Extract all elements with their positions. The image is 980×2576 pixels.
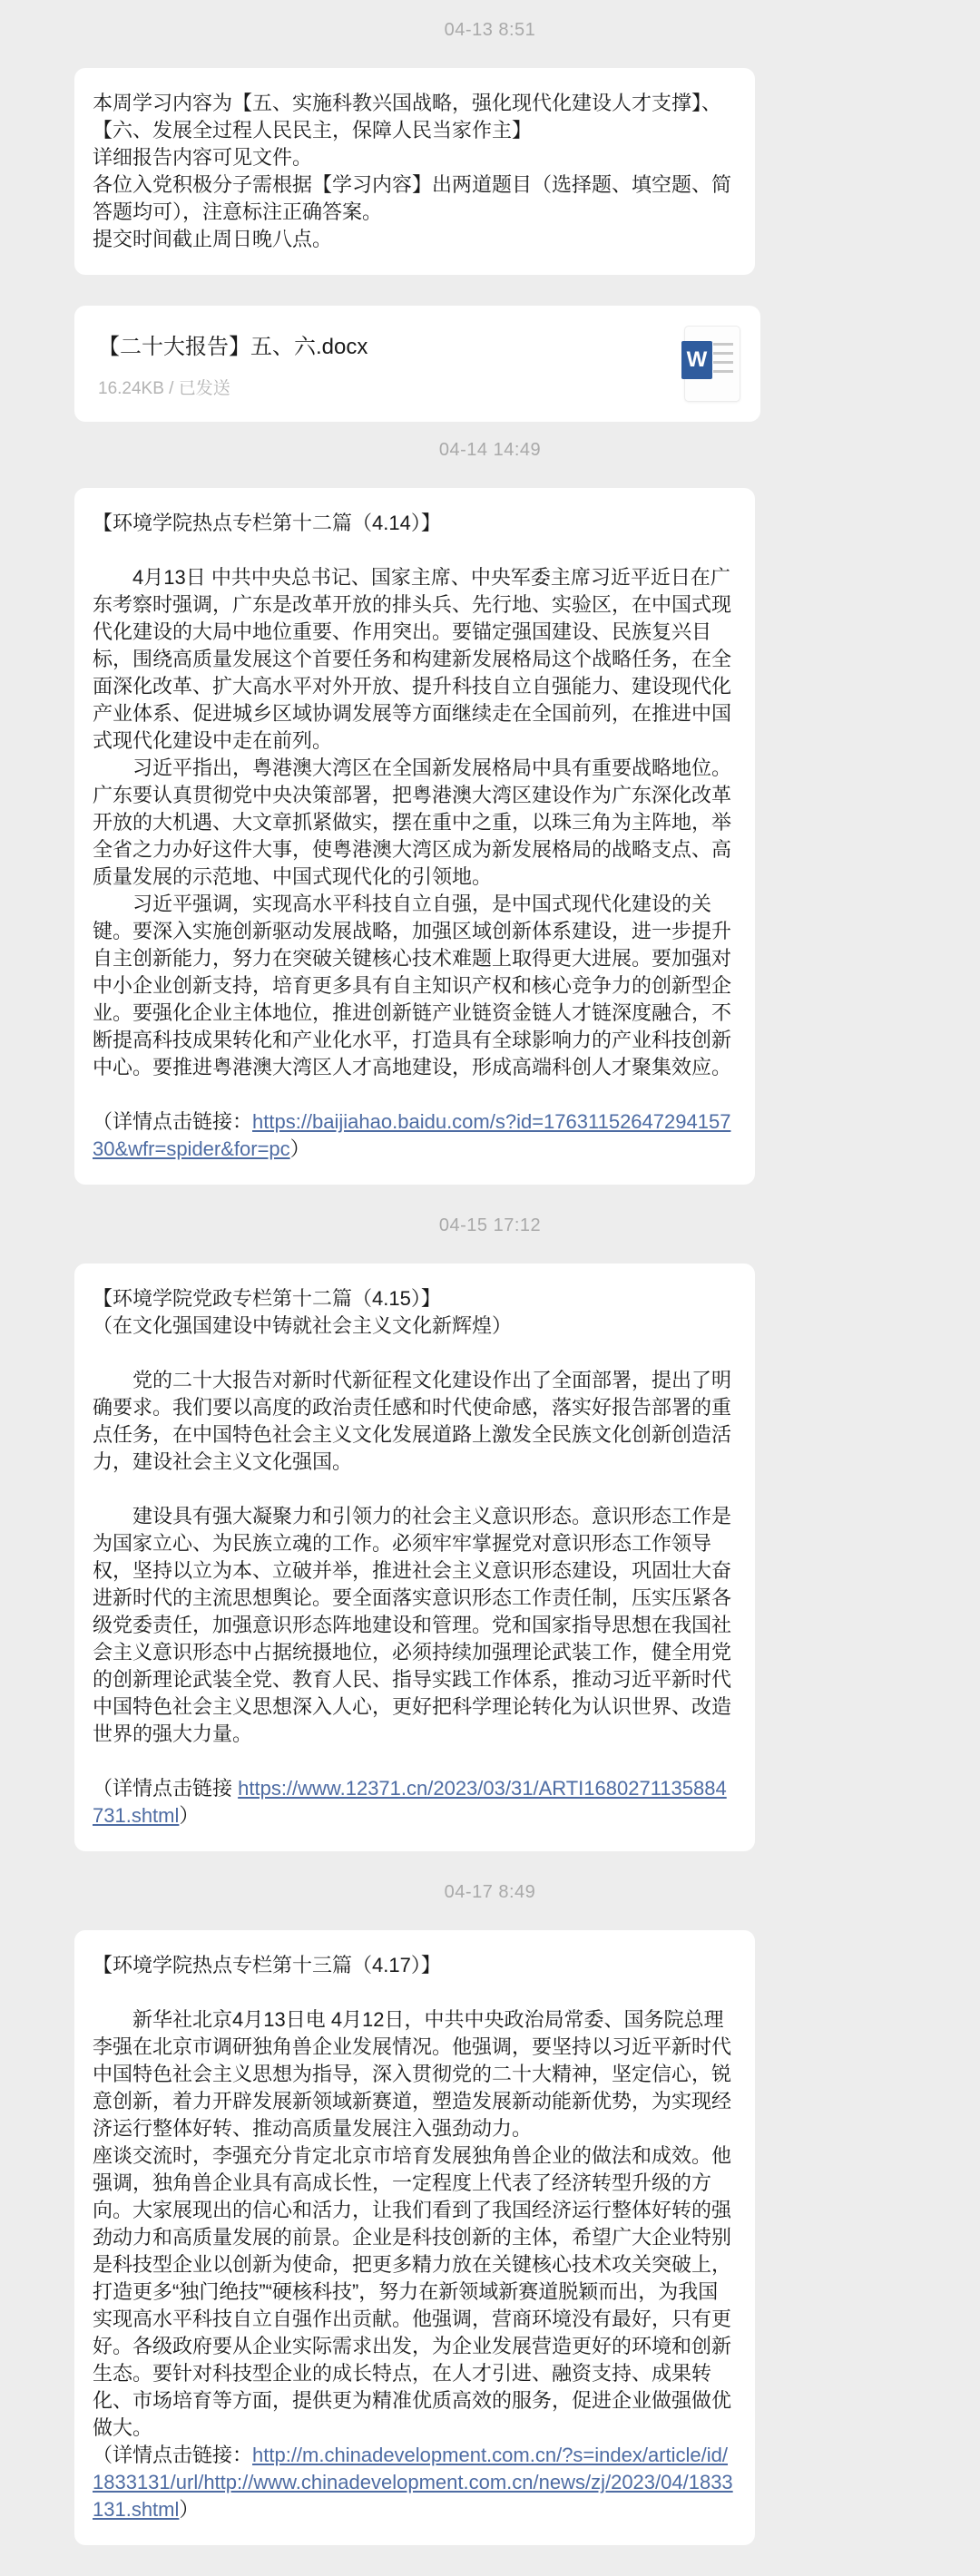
word-doc-icon: W (684, 326, 740, 402)
chat-canvas: 04-13 8:51本周学习内容为【五、实施科教兴国战略，强化现代化建设人才支撑… (0, 0, 980, 2576)
message-paragraph: 【环境学院热点专栏第十二篇（4.14）】 (93, 510, 737, 537)
message-text: （详情点击链接 (93, 1777, 238, 1800)
file-message-card[interactable]: 【二十大报告】五、六.docx 16.24KB / 已发送 W (74, 306, 760, 422)
message-paragraph: 党的二十大报告对新时代新征程文化建设作出了全面部署，提出了明确要求。我们要以高度… (93, 1367, 737, 1476)
message-text: 座谈交流时，李强充分肯定北京市培育发展独角兽企业的做法和成效。他强调，独角兽企业… (93, 2144, 731, 2439)
message-paragraph: 新华社北京4月13日电 4月12日，中共中央政治局常委、国务院总理李强在北京市调… (93, 2006, 737, 2142)
blank-line (93, 1748, 737, 1775)
message-paragraph: 建设具有强大凝聚力和引领力的社会主义意识形态。意识形态工作是为国家立心、为民族立… (93, 1503, 737, 1748)
message-text: 【环境学院热点专栏第十三篇（4.17）】 (93, 1954, 441, 1976)
message-text: （详情点击链接： (93, 2444, 252, 2466)
file-info: 【二十大报告】五、六.docx 16.24KB / 已发送 (98, 328, 684, 399)
timestamp: 04-14 14:49 (0, 440, 980, 461)
message-text: 习近平指出，粤港澳大湾区在全国新发展格局中具有重要战略地位。广东要认真贯彻党中央… (93, 756, 731, 888)
message-paragraph: 习近平强调，实现高水平科技自立自强，是中国式现代化建设的关键。要深入实施创新驱动… (93, 891, 737, 1081)
message-bubble: 【环境学院热点专栏第十三篇（4.17）】 新华社北京4月13日电 4月12日，中… (74, 1930, 755, 2545)
blank-line (93, 537, 737, 564)
message-paragraph: （详情点击链接：http://m.chinadevelopment.com.cn… (93, 2442, 737, 2523)
message-paragraph: 4月13日 中共中央总书记、国家主席、中央军委主席习近平近日在广东考察时强调，广… (93, 564, 737, 755)
message-paragraph: 座谈交流时，李强充分肯定北京市培育发展独角兽企业的做法和成效。他强调，独角兽企业… (93, 2142, 737, 2442)
message-bubble: 【环境学院热点专栏第十二篇（4.14）】 4月13日 中共中央总书记、国家主席、… (74, 488, 755, 1185)
message-text: 习近平强调，实现高水平科技自立自强，是中国式现代化建设的关键。要深入实施创新驱动… (93, 893, 731, 1078)
timestamp: 04-17 8:49 (0, 1882, 980, 1903)
message-text: ） (179, 1804, 199, 1827)
message-text: （详情点击链接： (93, 1110, 252, 1133)
message-text: ） (290, 1137, 310, 1160)
file-title: 【二十大报告】五、六.docx (98, 328, 670, 360)
message-paragraph: 【环境学院党政专栏第十二篇（4.15）】 (93, 1285, 737, 1312)
message-paragraph: 各位入党积极分子需根据【学习内容】出两道题目（选择题、填空题、简答题均可），注意… (93, 171, 737, 226)
message-text: ） (179, 2498, 199, 2521)
blank-line (93, 1476, 737, 1503)
blank-line (93, 1340, 737, 1367)
message-text: 【环境学院党政专栏第十二篇（4.15）】 (93, 1287, 441, 1310)
timestamp: 04-13 8:51 (0, 20, 980, 41)
message-text: 【环境学院热点专栏第十二篇（4.14）】 (93, 512, 441, 534)
message-bubble: 【环境学院党政专栏第十二篇（4.15）】（在文化强国建设中铸就社会主义文化新辉煌… (74, 1264, 755, 1851)
message-text: 建设具有强大凝聚力和引领力的社会主义意识形态。意识形态工作是为国家立心、为民族立… (93, 1505, 731, 1745)
message-text: 4月13日 中共中央总书记、国家主席、中央军委主席习近平近日在广东考察时强调，广… (93, 566, 731, 752)
message-paragraph: 习近平指出，粤港澳大湾区在全国新发展格局中具有重要战略地位。广东要认真贯彻党中央… (93, 755, 737, 891)
message-text: 新华社北京4月13日电 4月12日，中共中央政治局常委、国务院总理李强在北京市调… (93, 2008, 731, 2140)
message-bubble: 本周学习内容为【五、实施科教兴国战略，强化现代化建设人才支撑】、【六、发展全过程… (74, 68, 755, 275)
message-paragraph: 本周学习内容为【五、实施科教兴国战略，强化现代化建设人才支撑】、【六、发展全过程… (93, 90, 737, 144)
message-paragraph: 【环境学院热点专栏第十三篇（4.17）】 (93, 1952, 737, 1979)
word-letter-badge: W (681, 341, 712, 379)
message-text: 详细报告内容可见文件。 (93, 146, 312, 169)
blank-line (93, 1979, 737, 2006)
timestamp: 04-15 17:12 (0, 1215, 980, 1236)
message-text: 各位入党积极分子需根据【学习内容】出两道题目（选择题、填空题、简答题均可），注意… (93, 173, 731, 223)
message-paragraph: 详细报告内容可见文件。 (93, 144, 737, 171)
message-paragraph: （在文化强国建设中铸就社会主义文化新辉煌） (93, 1312, 737, 1340)
message-text: 提交时间截止周日晚八点。 (93, 228, 332, 250)
message-paragraph: 提交时间截止周日晚八点。 (93, 226, 737, 253)
message-text: （在文化强国建设中铸就社会主义文化新辉煌） (93, 1314, 512, 1337)
message-paragraph: （详情点击链接 https://www.12371.cn/2023/03/31/… (93, 1775, 737, 1830)
doc-lines-decoration (713, 343, 733, 377)
message-text: 本周学习内容为【五、实施科教兴国战略，强化现代化建设人才支撑】、【六、发展全过程… (93, 92, 721, 141)
file-transfer-status: 16.24KB / 已发送 (98, 375, 670, 399)
message-text: 党的二十大报告对新时代新征程文化建设作出了全面部署，提出了明确要求。我们要以高度… (93, 1369, 731, 1473)
message-paragraph: （详情点击链接：https://baijiahao.baidu.com/s?id… (93, 1108, 737, 1163)
blank-line (93, 1081, 737, 1108)
